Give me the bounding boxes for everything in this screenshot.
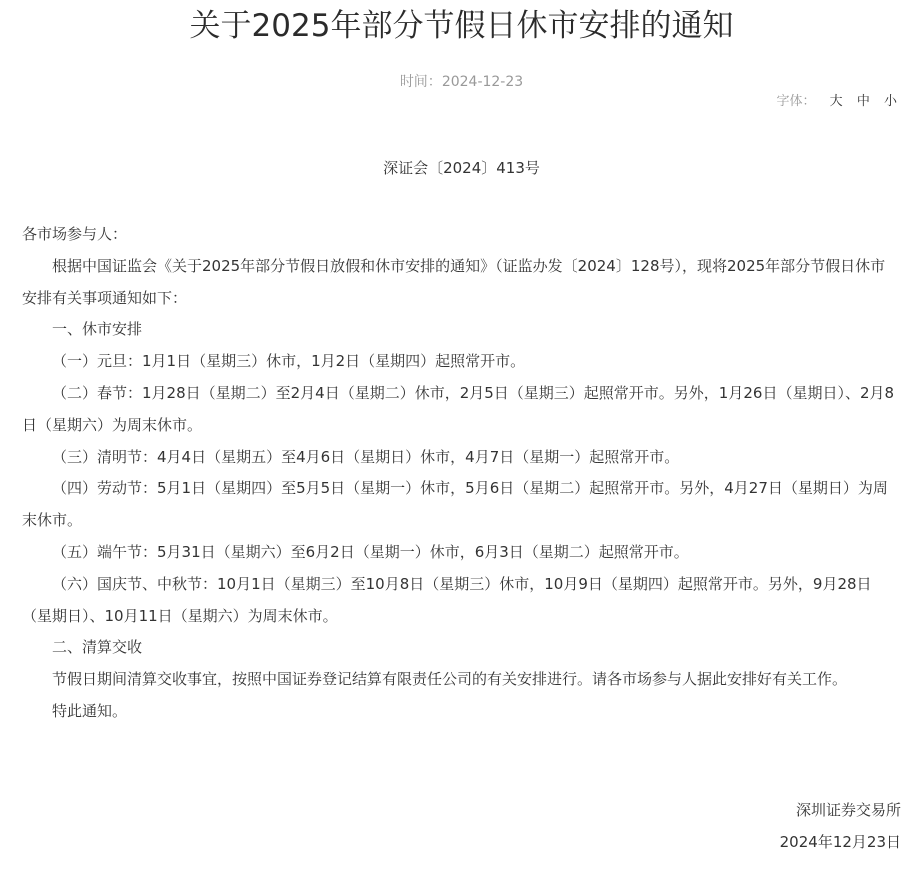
section-heading-closure: 一、休市安排 [22, 314, 900, 346]
holiday-item-spring-festival: （二）春节：1月28日（星期二）至2月4日（星期二）休市，2月5日（星期三）起照… [22, 378, 900, 442]
font-size-label: 字体： [777, 94, 816, 109]
holiday-item-new-year: （一）元旦：1月1日（星期三）休市，1月2日（星期四）起照常开市。 [22, 346, 900, 378]
holiday-item-labor-day: （四）劳动节：5月1日（星期四）至5月5日（星期一）休市，5月6日（星期二）起照… [22, 473, 900, 537]
holiday-item-dragon-boat: （五）端午节：5月31日（星期六）至6月2日（星期一）休市，6月3日（星期二）起… [22, 537, 900, 569]
font-size-medium-button[interactable]: 中 [857, 94, 870, 109]
document-number: 深证会〔2024〕413号 [0, 157, 923, 179]
signature-org: 深圳证券交易所 [780, 794, 901, 826]
font-size-selector: 字体： 大 中 小 [777, 92, 897, 112]
publish-time-label: 时间： [400, 74, 442, 90]
settlement-paragraph: 节假日期间清算交收事宜，按照中国证券登记结算有限责任公司的有关安排进行。请各市场… [22, 664, 900, 696]
intro-paragraph: 根据中国证监会《关于2025年部分节假日放假和休市安排的通知》（证监办发〔202… [22, 251, 900, 315]
font-size-small-button[interactable]: 小 [884, 94, 897, 109]
page-title: 关于2025年部分节假日休市安排的通知 [0, 6, 923, 46]
closing-line: 特此通知。 [22, 696, 900, 728]
publish-time: 时间：2024-12-23 [0, 72, 923, 92]
font-size-large-button[interactable]: 大 [830, 94, 843, 109]
section-heading-settlement: 二、清算交收 [22, 632, 900, 664]
signature-date: 2024年12月23日 [780, 826, 901, 858]
signature-block: 深圳证券交易所 2024年12月23日 [780, 794, 901, 858]
salutation: 各市场参与人： [22, 219, 900, 251]
holiday-item-qingming: （三）清明节：4月4日（星期五）至4月6日（星期日）休市，4月7日（星期一）起照… [22, 442, 900, 474]
holiday-item-national-day: （六）国庆节、中秋节：10月1日（星期三）至10月8日（星期三）休市，10月9日… [22, 569, 900, 633]
article-body: 各市场参与人： 根据中国证监会《关于2025年部分节假日放假和休市安排的通知》（… [22, 219, 900, 728]
publish-time-value: 2024-12-23 [442, 74, 523, 90]
